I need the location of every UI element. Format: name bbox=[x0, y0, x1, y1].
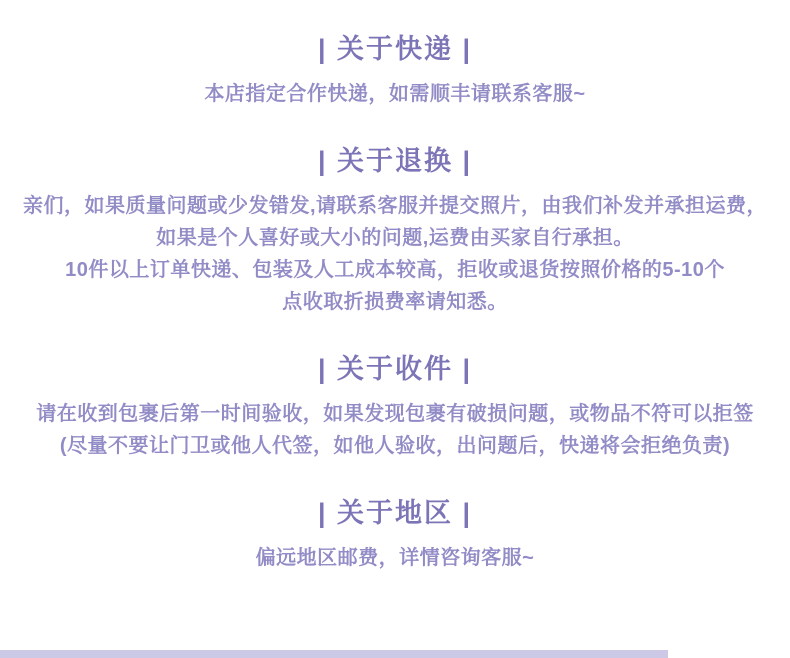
section-region: | 关于地区 | 偏远地区邮费，详情咨询客服~ bbox=[0, 476, 790, 574]
section-region-line: 偏远地区邮费，详情咨询客服~ bbox=[0, 542, 790, 574]
section-express-title: | 关于快递 | bbox=[0, 12, 790, 78]
section-receiving-line: 请在收到包裹后第一时间验收，如果发现包裹有破损问题，或物品不符可以拒签 bbox=[0, 398, 790, 430]
section-returns-line: 10件以上订单快递、包装及人工成本较高，拒收或退货按照价格的5-10个 bbox=[0, 254, 790, 286]
section-receiving: | 关于收件 | 请在收到包裹后第一时间验收，如果发现包裹有破损问题，或物品不符… bbox=[0, 332, 790, 462]
section-returns-line: 如果是个人喜好或大小的问题,运费由买家自行承担。 bbox=[0, 222, 790, 254]
shipping-notice-page: | 关于快递 | 本店指定合作快递，如需顺丰请联系客服~ | 关于退换 | 亲们… bbox=[0, 0, 790, 658]
section-region-title: | 关于地区 | bbox=[0, 476, 790, 542]
section-returns: | 关于退换 | 亲们，如果质量问题或少发错发,请联系客服并提交照片，由我们补发… bbox=[0, 124, 790, 318]
section-express-line: 本店指定合作快递，如需顺丰请联系客服~ bbox=[0, 78, 790, 110]
section-express: | 关于快递 | 本店指定合作快递，如需顺丰请联系客服~ bbox=[0, 12, 790, 110]
section-receiving-line: (尽量不要让门卫或他人代签，如他人验收，出问题后，快递将会拒绝负责) bbox=[0, 430, 790, 462]
section-returns-line: 亲们，如果质量问题或少发错发,请联系客服并提交照片，由我们补发并承担运费， bbox=[0, 190, 790, 222]
section-returns-line: 点收取折损费率请知悉。 bbox=[0, 286, 790, 318]
bottom-decoration-bar bbox=[0, 650, 668, 658]
section-receiving-title: | 关于收件 | bbox=[0, 332, 790, 398]
section-returns-title: | 关于退换 | bbox=[0, 124, 790, 190]
